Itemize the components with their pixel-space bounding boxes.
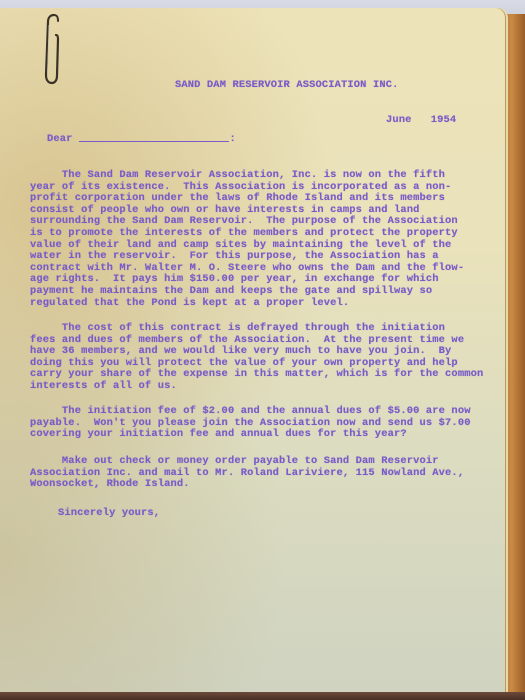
paperclip-icon: [40, 13, 62, 85]
text-line: Woonsocket, Rhode Island.: [30, 479, 464, 491]
text-line: The cost of this contract is defrayed th…: [30, 323, 483, 335]
text-line: regulated that the Pond is kept at a pro…: [30, 298, 464, 310]
letterhead-title: SAND DAM RESERVOIR ASSOCIATION INC.: [175, 80, 399, 92]
text-line: payment he maintains the Dam and keeps t…: [30, 286, 464, 298]
text-line: is to promote the interests of the membe…: [30, 228, 464, 240]
closing: Sincerely yours,: [58, 508, 160, 520]
text-line: The initiation fee of $2.00 and the annu…: [30, 406, 471, 418]
name-blank-line: [79, 141, 229, 142]
paragraph-fees: The initiation fee of $2.00 and the annu…: [30, 406, 471, 441]
text-line: interests of all of us.: [30, 381, 483, 393]
folder-bottom-edge: [0, 692, 525, 700]
text-line: covering your initiation fee and annual …: [30, 429, 471, 441]
letter-page: SAND DAM RESERVOIR ASSOCIATION INC. June…: [0, 8, 505, 692]
paragraph-cost: The cost of this contract is defrayed th…: [30, 323, 483, 393]
salutation: Dear:: [47, 134, 236, 146]
text-line: water in the reservoir. For this purpose…: [30, 251, 464, 263]
salutation-prefix: Dear: [47, 133, 73, 145]
salutation-colon: :: [230, 133, 236, 145]
paragraph-purpose: The Sand Dam Reservoir Association, Inc.…: [30, 170, 464, 309]
paragraph-payment: Make out check or money order payable to…: [30, 456, 464, 491]
letter-date: June 1954: [386, 115, 456, 127]
text-line: The Sand Dam Reservoir Association, Inc.…: [30, 170, 464, 182]
text-line: Make out check or money order payable to…: [30, 456, 464, 468]
folder-edge: [503, 14, 525, 700]
